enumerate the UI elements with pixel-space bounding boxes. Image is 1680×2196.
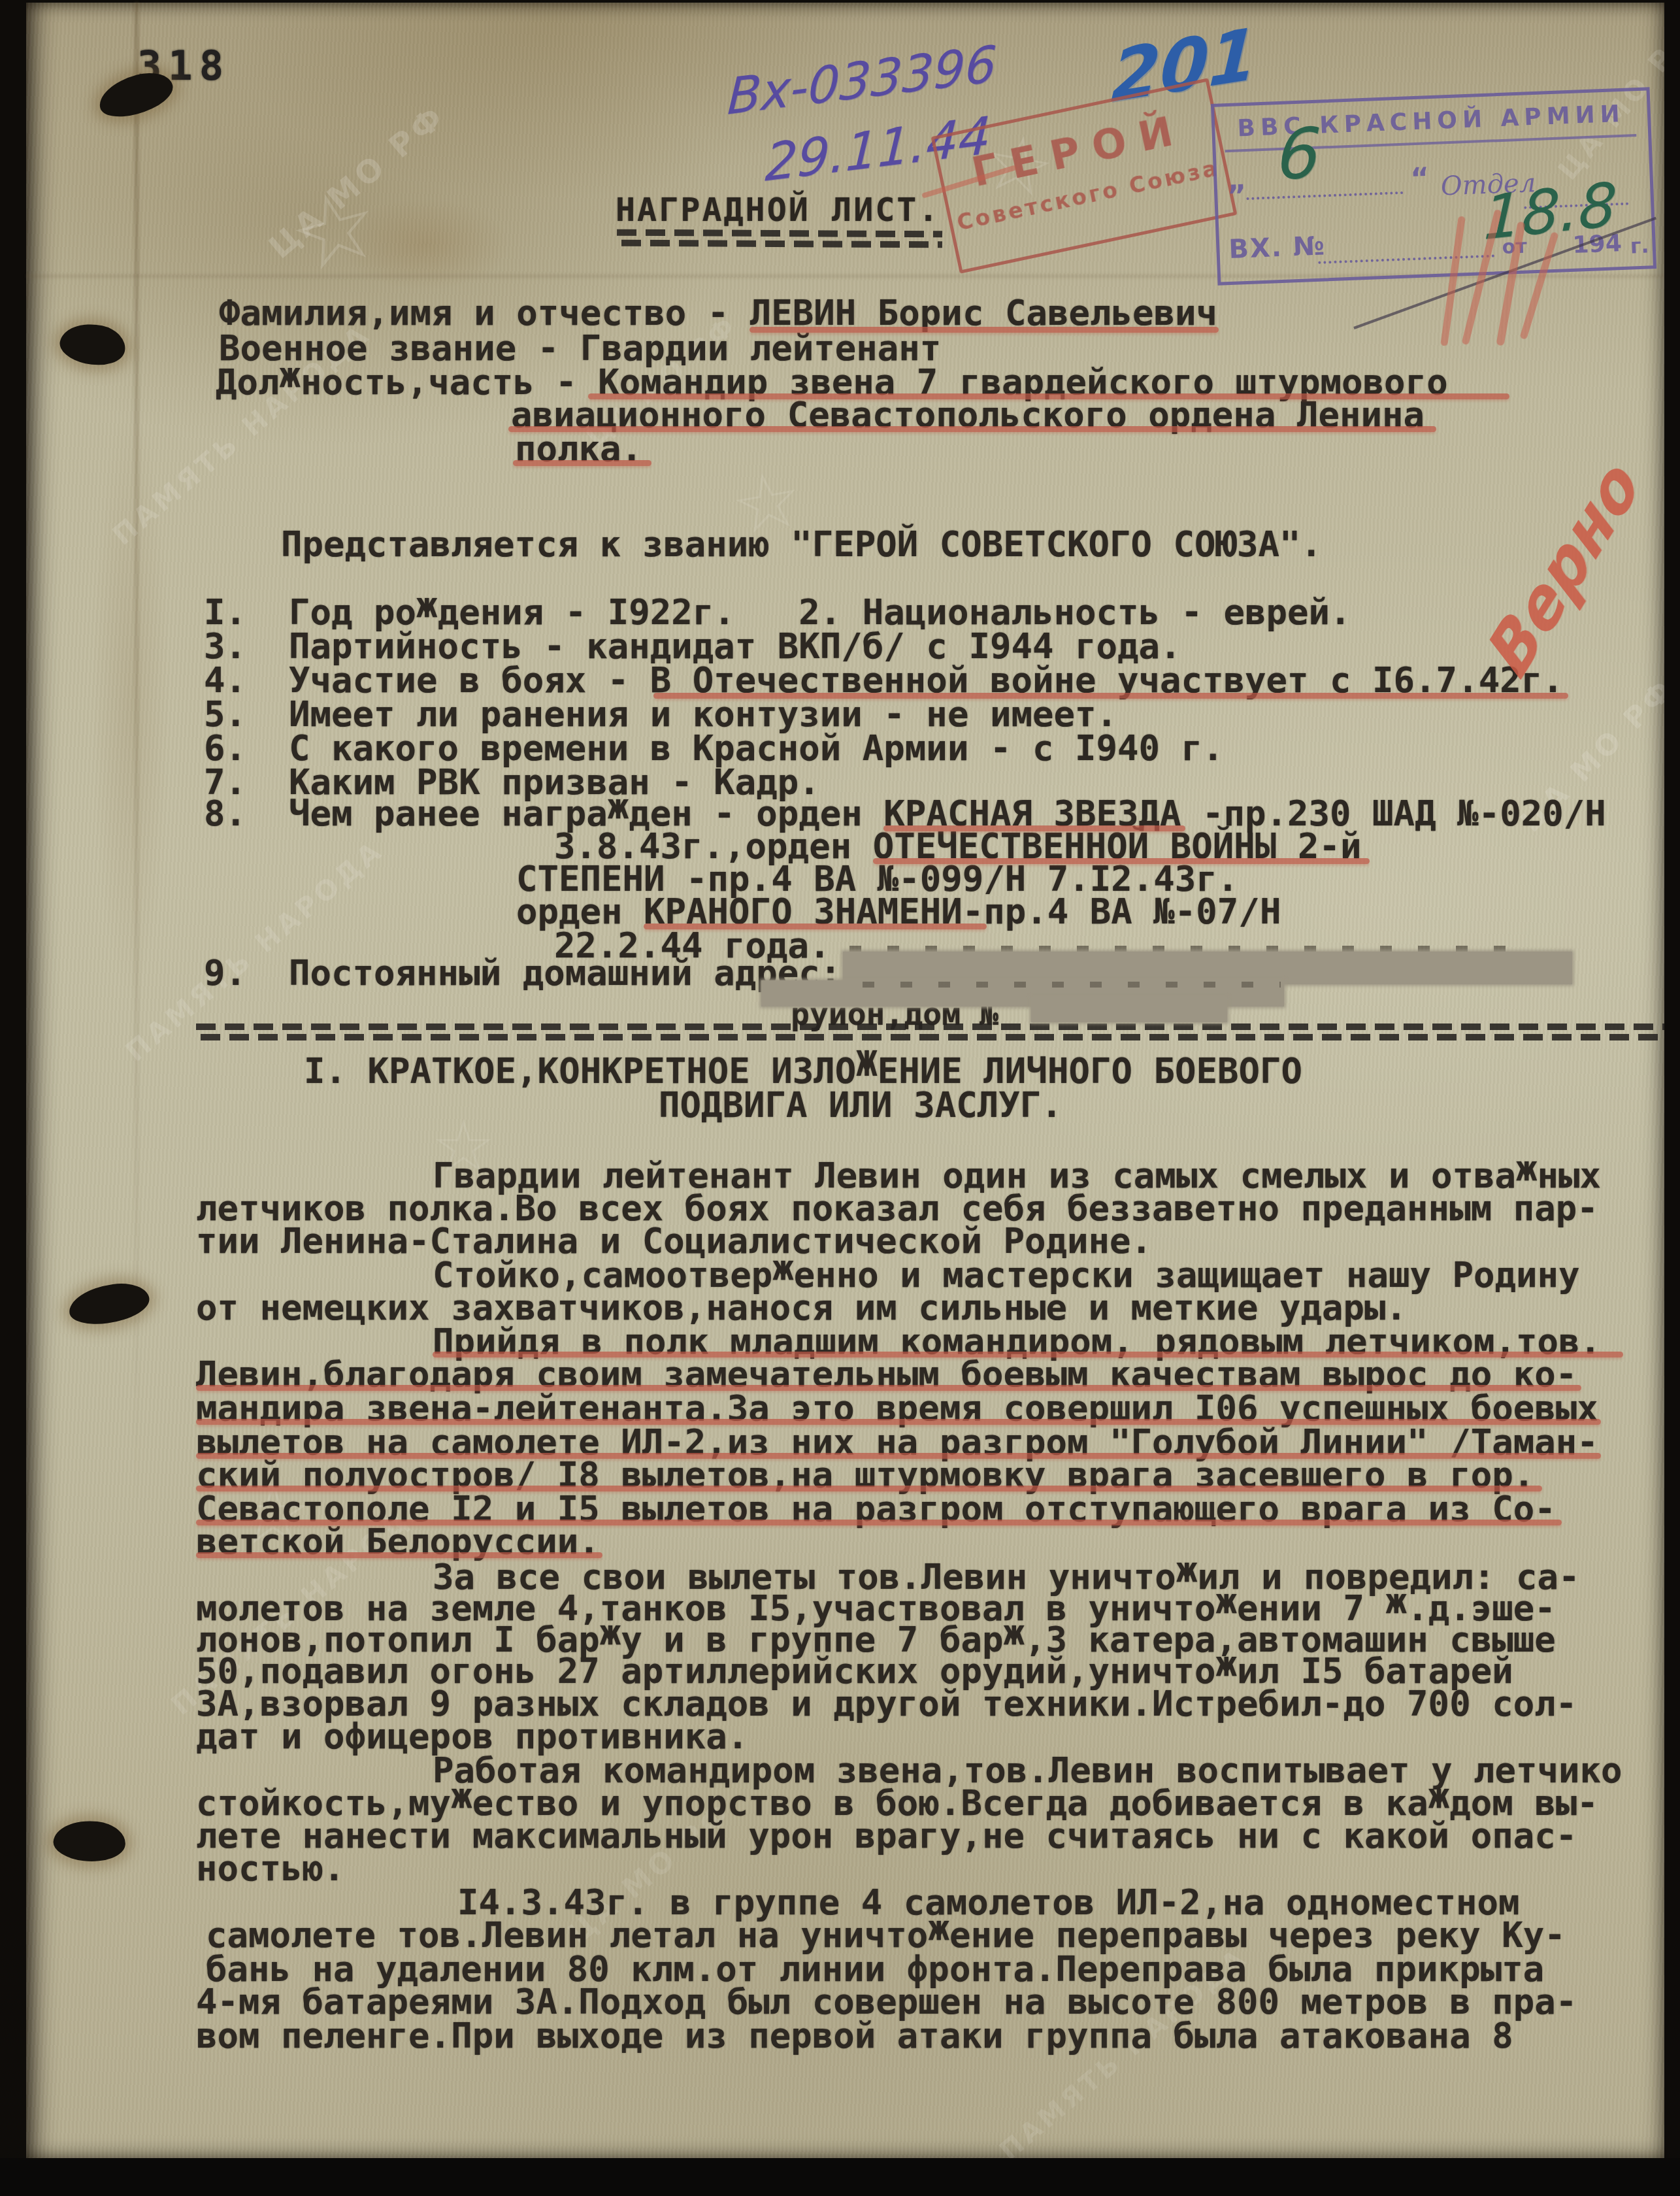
paper-stain xyxy=(91,408,170,996)
red-underline xyxy=(508,426,1436,432)
typed-line: дат и офицеров противника. xyxy=(196,1719,748,1754)
document-title: НАГРАДНОЙ ЛИСТ. xyxy=(616,191,940,229)
red-underline xyxy=(196,1385,1581,1391)
typed-line: 6. С какого времени в Красной Армии - с … xyxy=(204,731,1224,766)
typed-line: от немецких захватчиков,нанося им сильны… xyxy=(196,1290,1407,1325)
typed-line: 4-мя батареями ЗА.Подход был совершен на… xyxy=(196,1984,1577,2020)
redaction-smudge xyxy=(1031,997,1227,1022)
red-underline xyxy=(644,923,987,929)
red-underline xyxy=(513,460,651,466)
typed-line: 5. Имеет ли ранения и контузии - не имее… xyxy=(204,697,1117,732)
typed-line: ПОДВИГА ИЛИ ЗАСЛУГ. xyxy=(659,1088,1062,1123)
red-underline xyxy=(588,393,1509,399)
scanned-document: ЦА МО РФ☆ЦА МО РФПАМЯТЬ НАРОДА☆ЦА МО РФ☆… xyxy=(0,0,1680,2196)
typed-line: Военное звание - Гвардии лейтенант xyxy=(219,331,941,366)
red-underline xyxy=(653,693,1568,699)
section-divider xyxy=(196,1023,1665,1042)
red-underline xyxy=(196,1520,1562,1525)
red-underline xyxy=(433,1352,1623,1357)
title-underline xyxy=(617,229,942,250)
typed-line: 3. Партийность - кандидат ВКП/б/ с I944 … xyxy=(204,629,1181,664)
red-underline xyxy=(749,327,1219,333)
vvs-dept-value-handwriting: 6 xyxy=(1276,112,1323,195)
typed-line: тии Ленина-Сталина и Социалистической Ро… xyxy=(196,1223,1152,1259)
scan-edge-bottom xyxy=(0,2158,1680,2196)
vvs-number-line xyxy=(1318,255,1494,264)
vvs-year-suffix: г. xyxy=(1630,233,1649,258)
typed-line: Фамилия,имя и отчество - ЛЕВИН Борис Сав… xyxy=(219,295,1217,331)
red-underline xyxy=(883,825,1185,831)
red-underline xyxy=(196,1453,1601,1459)
vvs-dept-line xyxy=(1246,191,1403,200)
typed-line: ностью. xyxy=(196,1851,345,1886)
letter-tops xyxy=(863,982,1281,988)
vvs-quote-open: „ xyxy=(1227,163,1247,197)
redaction-box xyxy=(843,952,1572,984)
vertical-crease xyxy=(135,3,139,1506)
red-underline xyxy=(196,1486,1542,1491)
typed-line: вом пеленге.При выходе из первой атаки г… xyxy=(196,2018,1513,2054)
red-underline xyxy=(196,1419,1601,1425)
vvs-quote-close: “ xyxy=(1410,161,1430,195)
typed-line: I. Год рождения - I922г. 2. Национальнос… xyxy=(204,595,1351,630)
red-underline xyxy=(196,1552,602,1558)
typed-line: самолете тов.Левин летал на уничтожение … xyxy=(206,1918,1566,1953)
letter-tops xyxy=(849,946,1529,952)
typed-line: I. КРАТКОЕ,КОНКРЕТНОЕ ИЗЛОЖЕНИЕ ЛИЧНОГО … xyxy=(304,1054,1302,1089)
vvs-incoming-label: ВХ. № xyxy=(1228,231,1326,265)
scan-edge-right xyxy=(1664,0,1680,2196)
red-underline xyxy=(873,858,1370,864)
typed-line: 9. Постоянный домашний адрес: xyxy=(204,956,841,991)
typed-line: лете нанести максимальный урон врагу,не … xyxy=(196,1818,1577,1854)
typed-line: Представляется к званию "ГЕРОЙ СОВЕТСКОГ… xyxy=(281,527,1322,562)
